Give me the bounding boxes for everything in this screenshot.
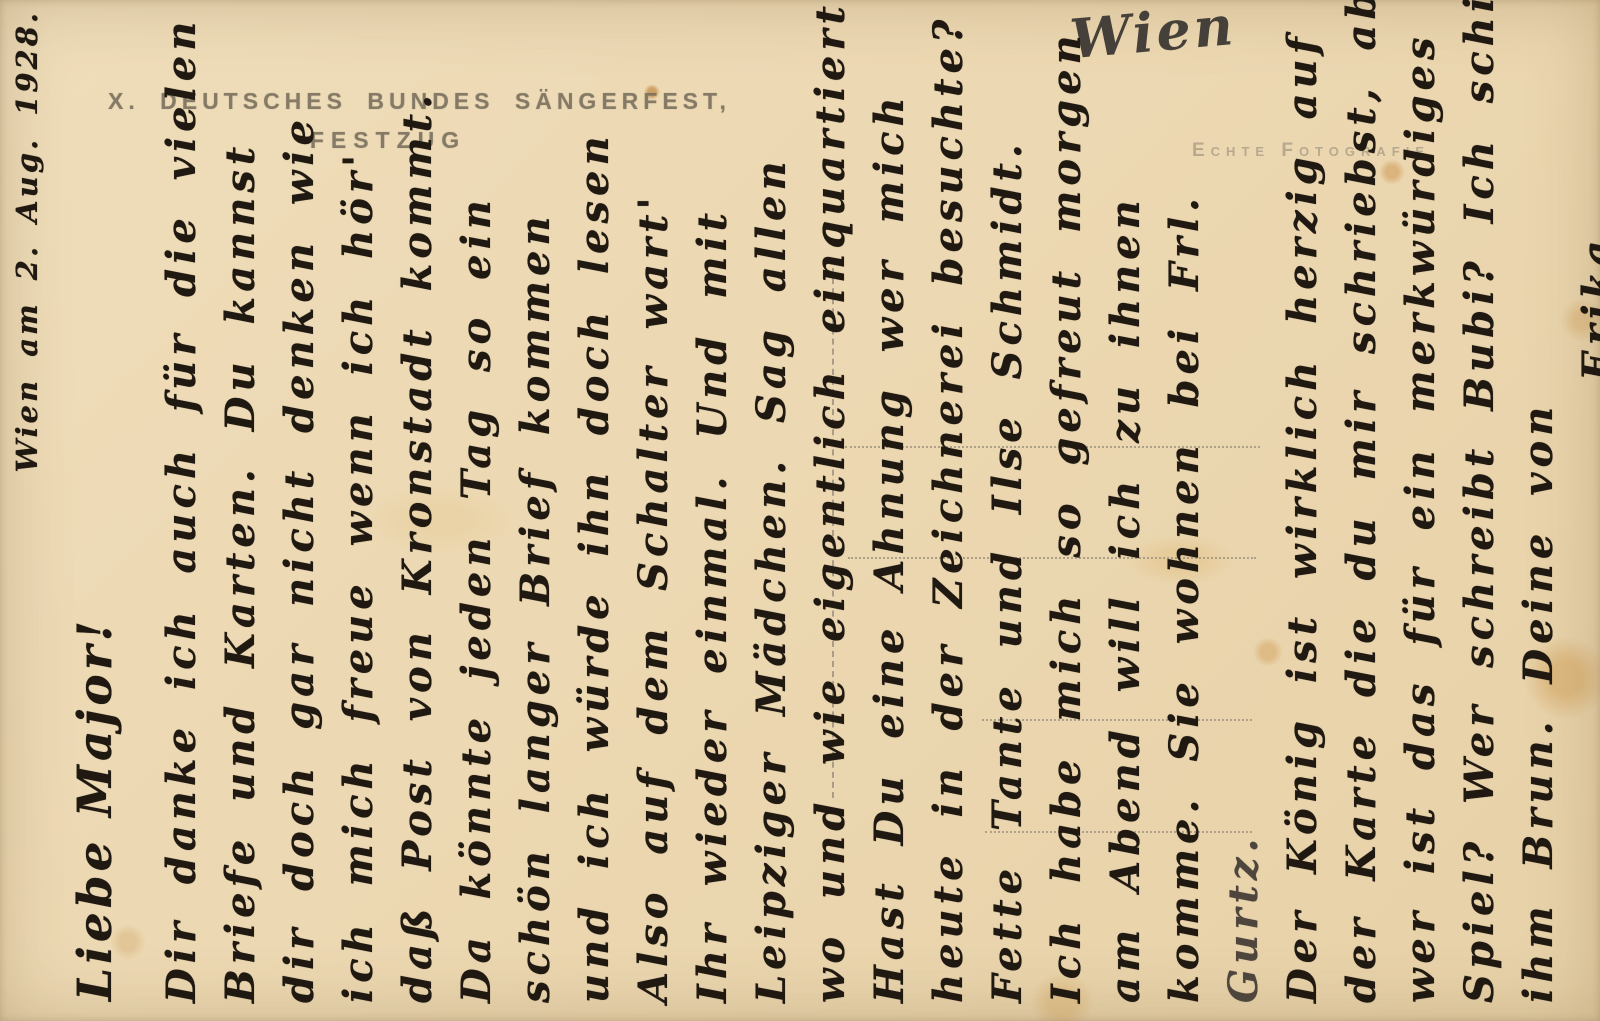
handwritten-line: Also auf dem Schalter wart': [624, 0, 683, 1021]
handwritten-line: Ich habe mich so gefreut morgen: [1037, 0, 1096, 1021]
postcard-back: X. DEUTSCHES BUNDES SÄNGERFEST, FESTZUG …: [0, 0, 1600, 1021]
handwritten-line: Gurtz.: [1214, 0, 1273, 1021]
handwritten-line: wo und wie eigentlich einquartiert: [801, 0, 860, 1021]
handwritten-line: Briefe und Karten. Du kannst: [211, 0, 270, 1021]
handwritten-line: schön langer Brief kommen: [506, 0, 565, 1021]
handwritten-line: dir doch gar nicht denken wie: [270, 0, 329, 1021]
handwritten-line: komme. Sie wohnen bei Frl.: [1155, 0, 1214, 1021]
handwritten-line: Da könnte jeden Tag so ein: [447, 0, 506, 1021]
signature: Erika.: [1568, 0, 1600, 1021]
handwritten-line: Hast Du eine Ahnung wer mich: [860, 0, 919, 1021]
handwritten-line: am Abend will ich zu ihnen: [1096, 0, 1155, 1021]
handwritten-message: Wien am 2. Aug. 1928. Liebe Major! Dir d…: [0, 0, 1600, 1021]
handwritten-line: Fette Tante und Ilse Schmidt.: [978, 0, 1037, 1021]
greeting-line: Liebe Major!: [64, 0, 152, 1021]
handwritten-line: Ihr wieder einmal. Und mit: [683, 0, 742, 1021]
handwritten-line: wer ist das für ein merkwürdiges: [1391, 0, 1450, 1021]
handwritten-line: ich mich freue wenn ich hör': [329, 0, 388, 1021]
handwritten-line: Leipziger Mädchen. Sag allen: [742, 0, 801, 1021]
handwritten-line: Dir danke ich auch für die vielen: [152, 0, 211, 1021]
handwritten-line: ihm Brun. Deine von: [1509, 0, 1568, 1021]
handwritten-line: und ich würde ihn doch lesen: [565, 0, 624, 1021]
handwritten-line: daß Post von Kronstadt kommt.: [388, 0, 447, 1021]
handwritten-line: Spiel? Wer schreibt Bubi? Ich schicke: [1450, 0, 1509, 1021]
date-line: Wien am 2. Aug. 1928.: [0, 0, 64, 1021]
handwritten-line: heute in der Zeichnerei besuchte?: [919, 0, 978, 1021]
handwritten-line: Der König ist wirklich herzig auf: [1273, 0, 1332, 1021]
handwritten-line: der Karte die du mir schriebst, aber: [1332, 0, 1391, 1021]
